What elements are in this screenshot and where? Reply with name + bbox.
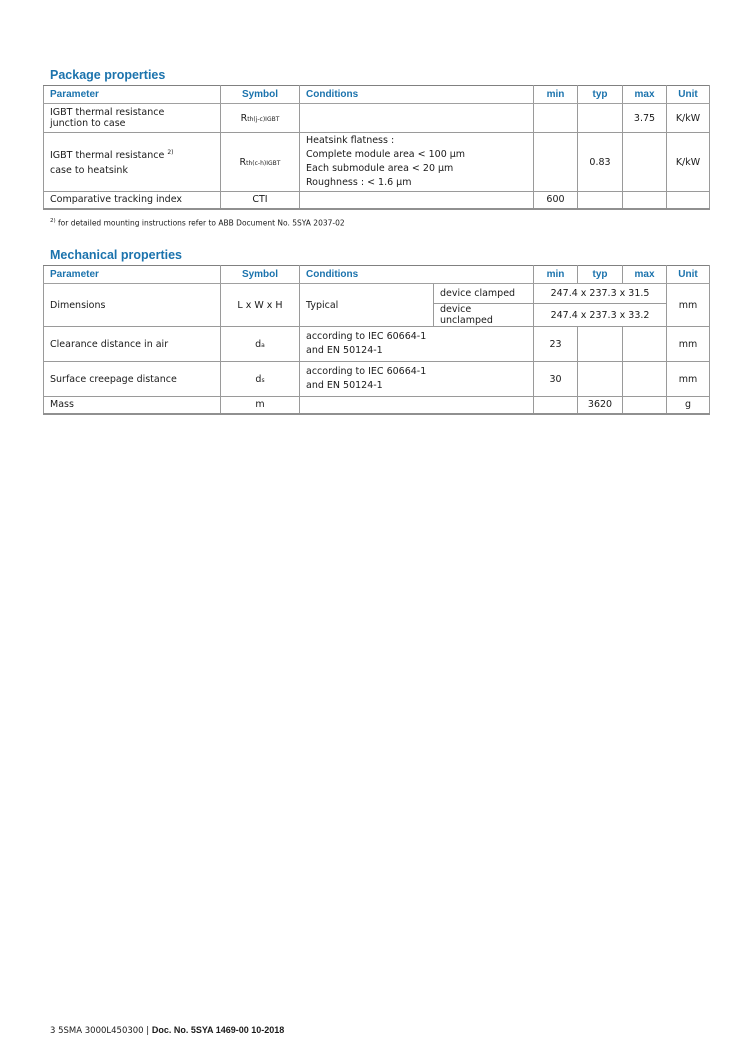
parameter-cell: Clearance distance in air — [44, 327, 221, 362]
unit-cell: mm — [667, 362, 710, 397]
header-min: min — [534, 86, 578, 104]
conditions-cell: according to IEC 60664-1 and EN 50124-1 — [300, 362, 534, 397]
header-conditions: Conditions — [300, 86, 534, 104]
typ-cell — [578, 327, 623, 362]
parameter-cell: IGBT thermal resistance junction to case — [44, 104, 221, 133]
symbol-cell: Rth(c-h)IGBT — [221, 133, 300, 192]
unit-cell: K/kW — [667, 104, 710, 133]
conditions-cell — [300, 104, 534, 133]
symbol-cell: m — [221, 397, 300, 414]
table-row: Comparative tracking index CTI 600 — [44, 192, 710, 209]
page-footer: 3 5SMA 3000L450300 | Doc. No. 5SYA 1469-… — [50, 1025, 284, 1036]
symbol-cell: ds — [221, 362, 300, 397]
min-cell: 30 — [534, 362, 578, 397]
header-unit: Unit — [667, 86, 710, 104]
max-cell — [623, 133, 667, 192]
unit-cell: mm — [667, 284, 710, 327]
header-conditions: Conditions — [300, 266, 534, 284]
table-header-row: Parameter Symbol Conditions min typ max … — [44, 86, 710, 104]
max-cell — [623, 327, 667, 362]
package-properties-title: Package properties — [50, 68, 165, 82]
parameter-cell: Mass — [44, 397, 221, 414]
max-cell — [623, 362, 667, 397]
conditions-cell: Heatsink flatness : Complete module area… — [300, 133, 534, 192]
header-min: min — [534, 266, 578, 284]
header-parameter: Parameter — [44, 86, 221, 104]
table-row: Mass m 3620 g — [44, 397, 710, 414]
page-reference: 3 5SMA 3000L450300 | — [50, 1026, 149, 1036]
value-cell: 247.4 x 237.3 x 33.2 — [534, 304, 667, 327]
table-row: IGBT thermal resistance junction to case… — [44, 104, 710, 133]
footnote: 2) for detailed mounting instructions re… — [50, 218, 345, 228]
header-symbol: Symbol — [221, 86, 300, 104]
min-cell: 600 — [534, 192, 578, 209]
sub-condition-cell: device unclamped — [434, 304, 534, 327]
sub-condition-cell: device clamped — [434, 284, 534, 304]
unit-cell: mm — [667, 327, 710, 362]
mechanical-properties-title: Mechanical properties — [50, 248, 182, 262]
min-cell: 23 — [534, 327, 578, 362]
unit-cell: g — [667, 397, 710, 414]
header-parameter: Parameter — [44, 266, 221, 284]
conditions-cell: Typical — [300, 284, 434, 327]
header-symbol: Symbol — [221, 266, 300, 284]
min-cell — [534, 104, 578, 133]
table-row: IGBT thermal resistance 2) case to heats… — [44, 133, 710, 192]
header-max: max — [623, 266, 667, 284]
table-row: Dimensions L x W x H Typical device clam… — [44, 284, 710, 304]
table-row: Clearance distance in air da according t… — [44, 327, 710, 362]
header-max: max — [623, 86, 667, 104]
table-header-row: Parameter Symbol Conditions min typ max … — [44, 266, 710, 284]
parameter-cell: Dimensions — [44, 284, 221, 327]
max-cell — [623, 397, 667, 414]
header-typ: typ — [578, 86, 623, 104]
conditions-cell — [300, 397, 534, 414]
mechanical-properties-table: Parameter Symbol Conditions min typ max … — [43, 265, 710, 415]
typ-cell — [578, 362, 623, 397]
header-unit: Unit — [667, 266, 710, 284]
table-row: Surface creepage distance ds according t… — [44, 362, 710, 397]
max-cell — [623, 192, 667, 209]
unit-cell: K/kW — [667, 133, 710, 192]
symbol-cell: Rth(j-c)IGBT — [221, 104, 300, 133]
typ-cell: 0.83 — [578, 133, 623, 192]
max-cell: 3.75 — [623, 104, 667, 133]
typ-cell — [578, 104, 623, 133]
symbol-cell: da — [221, 327, 300, 362]
conditions-cell — [300, 192, 534, 209]
min-cell — [534, 397, 578, 414]
parameter-cell: Surface creepage distance — [44, 362, 221, 397]
parameter-cell: IGBT thermal resistance 2) case to heats… — [44, 133, 221, 192]
header-typ: typ — [578, 266, 623, 284]
unit-cell — [667, 192, 710, 209]
parameter-cell: Comparative tracking index — [44, 192, 221, 209]
symbol-cell: L x W x H — [221, 284, 300, 327]
typ-cell: 3620 — [578, 397, 623, 414]
document-number: Doc. No. 5SYA 1469-00 10-2018 — [152, 1025, 284, 1035]
typ-cell — [578, 192, 623, 209]
min-cell — [534, 133, 578, 192]
package-properties-table: Parameter Symbol Conditions min typ max … — [43, 85, 710, 210]
conditions-cell: according to IEC 60664-1 and EN 50124-1 — [300, 327, 534, 362]
symbol-cell: CTI — [221, 192, 300, 209]
value-cell: 247.4 x 237.3 x 31.5 — [534, 284, 667, 304]
